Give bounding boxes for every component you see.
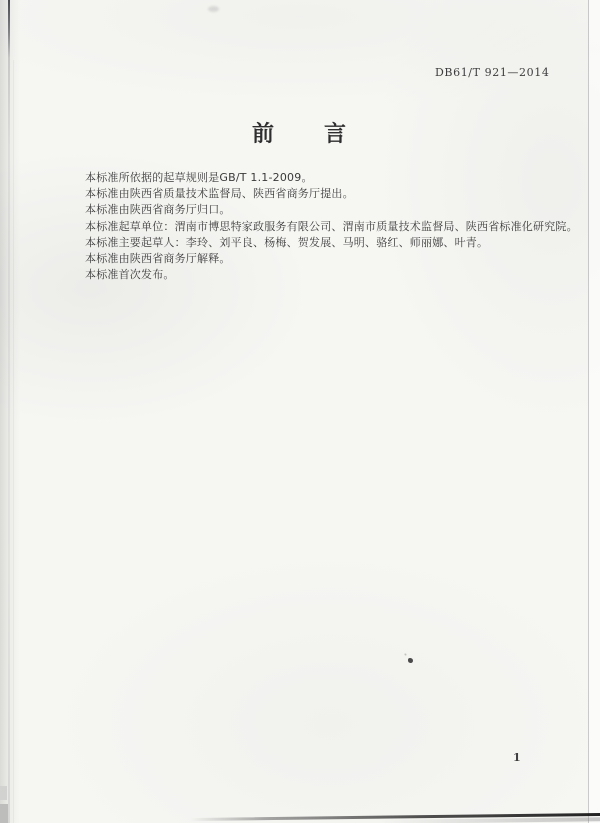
scan-artifact-bottom-left-2 — [0, 804, 8, 823]
page-title: 前 言 — [0, 117, 600, 148]
body-line: 本标准由陕西省商务厅解释。 — [85, 251, 590, 267]
page-number: 1 — [513, 751, 521, 764]
body-line: 本标准由陕西省商务厅归口。 — [85, 202, 590, 218]
body-line: 本标准首次发布。 — [85, 267, 590, 283]
body-line: 本标准起草单位：渭南市博思特家政服务有限公司、渭南市质量技术监督局、陕西省标准化… — [85, 219, 590, 235]
standard-code: DB61/T 921—2014 — [435, 66, 549, 79]
left-crease-faint — [13, 60, 14, 823]
scan-smudge-top — [208, 6, 219, 12]
foreword-body: 本标准所依据的起草规则是GB/T 1.1-2009。 本标准由陕西省质量技术监督… — [85, 170, 590, 283]
dust-speck — [408, 658, 413, 663]
body-line: 本标准由陕西省质量技术监督局、陕西省商务厅提出。 — [85, 186, 590, 202]
scan-artifact-bottom-left-1 — [0, 786, 7, 800]
body-line: 本标准所依据的起草规则是GB/T 1.1-2009。 — [85, 170, 590, 186]
body-line: 本标准主要起草人：李玲、刘平良、杨梅、贺发展、马明、骆红、师丽娜、叶青。 — [85, 235, 590, 251]
scanned-document-page: DB61/T 921—2014 前 言 本标准所依据的起草规则是GB/T 1.1… — [0, 0, 600, 823]
